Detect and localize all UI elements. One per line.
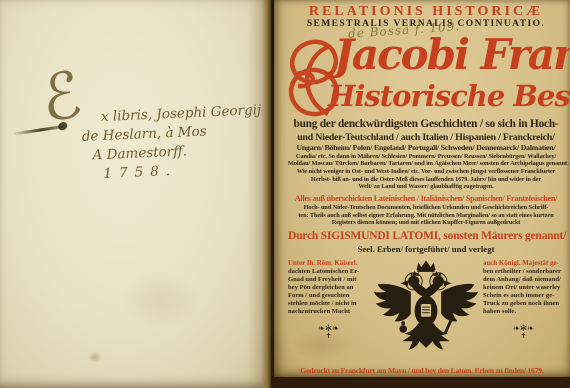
sources-line: ten: Theils auch auß selbst eigner Erfah… [288,212,564,220]
privilege-line: ben ertheilter / sonderbarer [483,268,564,276]
book-photo: ℰ x libris, Josephi Georgij de Heslarn, … [0,0,570,388]
privilege-line: nachzutrucken Macht [288,308,369,316]
privilege-left-lead: Unter Ih. Röm. Käiserl. [288,260,369,268]
left-flyleaf-page: ℰ x libris, Josephi Georgij de Heslarn, … [0,0,272,388]
gutter-fold-shadow [248,0,272,388]
fleuron-ornament: ❧✻❧ ✝ [288,325,369,340]
imperial-eagle-woodcut [369,260,483,361]
double-headed-eagle-icon [369,260,483,356]
description-line: und Nieder-Teutschland / auch Italien / … [288,132,564,144]
imprint-line: Gedruckt zu Franckfurt am Mayn / und bey… [274,366,570,375]
fleuron-cross: ✝ [288,333,369,340]
sources-line: Registers dienen können; und mit etliche… [288,219,564,227]
title-page-content: RELATIONIS HISTORICÆ SEMESTRALIS VERNALI… [274,0,570,361]
title-page: de Bossa f. 109. RELATIONIS HISTORICÆ SE… [274,0,570,377]
publisher-red-line: Durch SIGISMUNDI LATOMI, sonsten Mäurers… [288,230,564,244]
calligraphic-knot-initial [284,34,348,126]
sources-line: Hoch- und Nider-Teutschen Documenten, br… [288,204,564,212]
calligraphic-title-block: Jacobi Franci Historische Beschrei [288,32,564,114]
privilege-right-lead: auch Königl. Majestät ge- [483,260,564,268]
fleuron-ornament: ❧✻❧ ✝ [483,325,564,340]
paper-stain [120,270,200,330]
privilege-line: haben solle. [483,308,564,316]
privilege-left-column: Unter Ih. Röm. Käiserl. dachten Latomisc… [288,260,369,341]
privilege-line: Form / und gesuchten [288,292,369,300]
description-line: Ungarn/ Böheim/ Polen/ Engeland/ Portuga… [288,143,564,153]
privilege-line: Schein es auch immer ge- [483,292,564,300]
privilege-line: keinem Ort/ unter waserley [483,284,564,292]
description-line: Herbst- biß an- und in die Oster-Meß die… [288,176,564,184]
description-line: Candia/ etc. So dann in Mähren/ Schlesie… [288,153,564,161]
title-latin-line: RELATIONIS HISTORICÆ [288,4,564,19]
fleuron-cross: ✝ [483,333,564,340]
privilege-line: Gnad und Freyheit / mit [288,276,369,284]
description-line: Moldau/ Moscau/ Türcken/ Barbaren/ Tarta… [288,160,564,168]
exlibris-inscription: ℰ x libris, Josephi Georgij de Heslarn, … [27,75,268,205]
privilege-line: dem Anhang/ daß niemand/ [483,276,564,284]
privilege-right-column: auch Königl. Majestät ge- ben ertheilter… [483,260,564,341]
paper-stain [88,352,102,362]
privilege-line: Truck zu geben noch ihnen [483,300,564,308]
description-line: Welt/ zu Land und Wasser/ glaubhafftig z… [288,183,564,191]
privilege-line: stehlen möchte / nicht in [288,300,369,308]
calligraphic-title-line-2: Historische Beschrei [328,78,564,114]
privilege-line: dachten Latomischen Er- [288,268,369,276]
privilege-line: bey Pön dergleichen an [288,284,369,292]
privilege-section: Unter Ih. Röm. Käiserl. dachten Latomisc… [288,260,564,361]
exlibris-line-1: x libris, Josephi Georgij [99,75,265,127]
publisher-black-line: Seel. Erben/ fortgeführt/ und verlegt [288,244,564,255]
sources-red-line: Alles auß überschickten Lateinischen / I… [288,194,564,204]
description-line: Wie nicht weniger in Ost- und West-Indie… [288,168,564,176]
